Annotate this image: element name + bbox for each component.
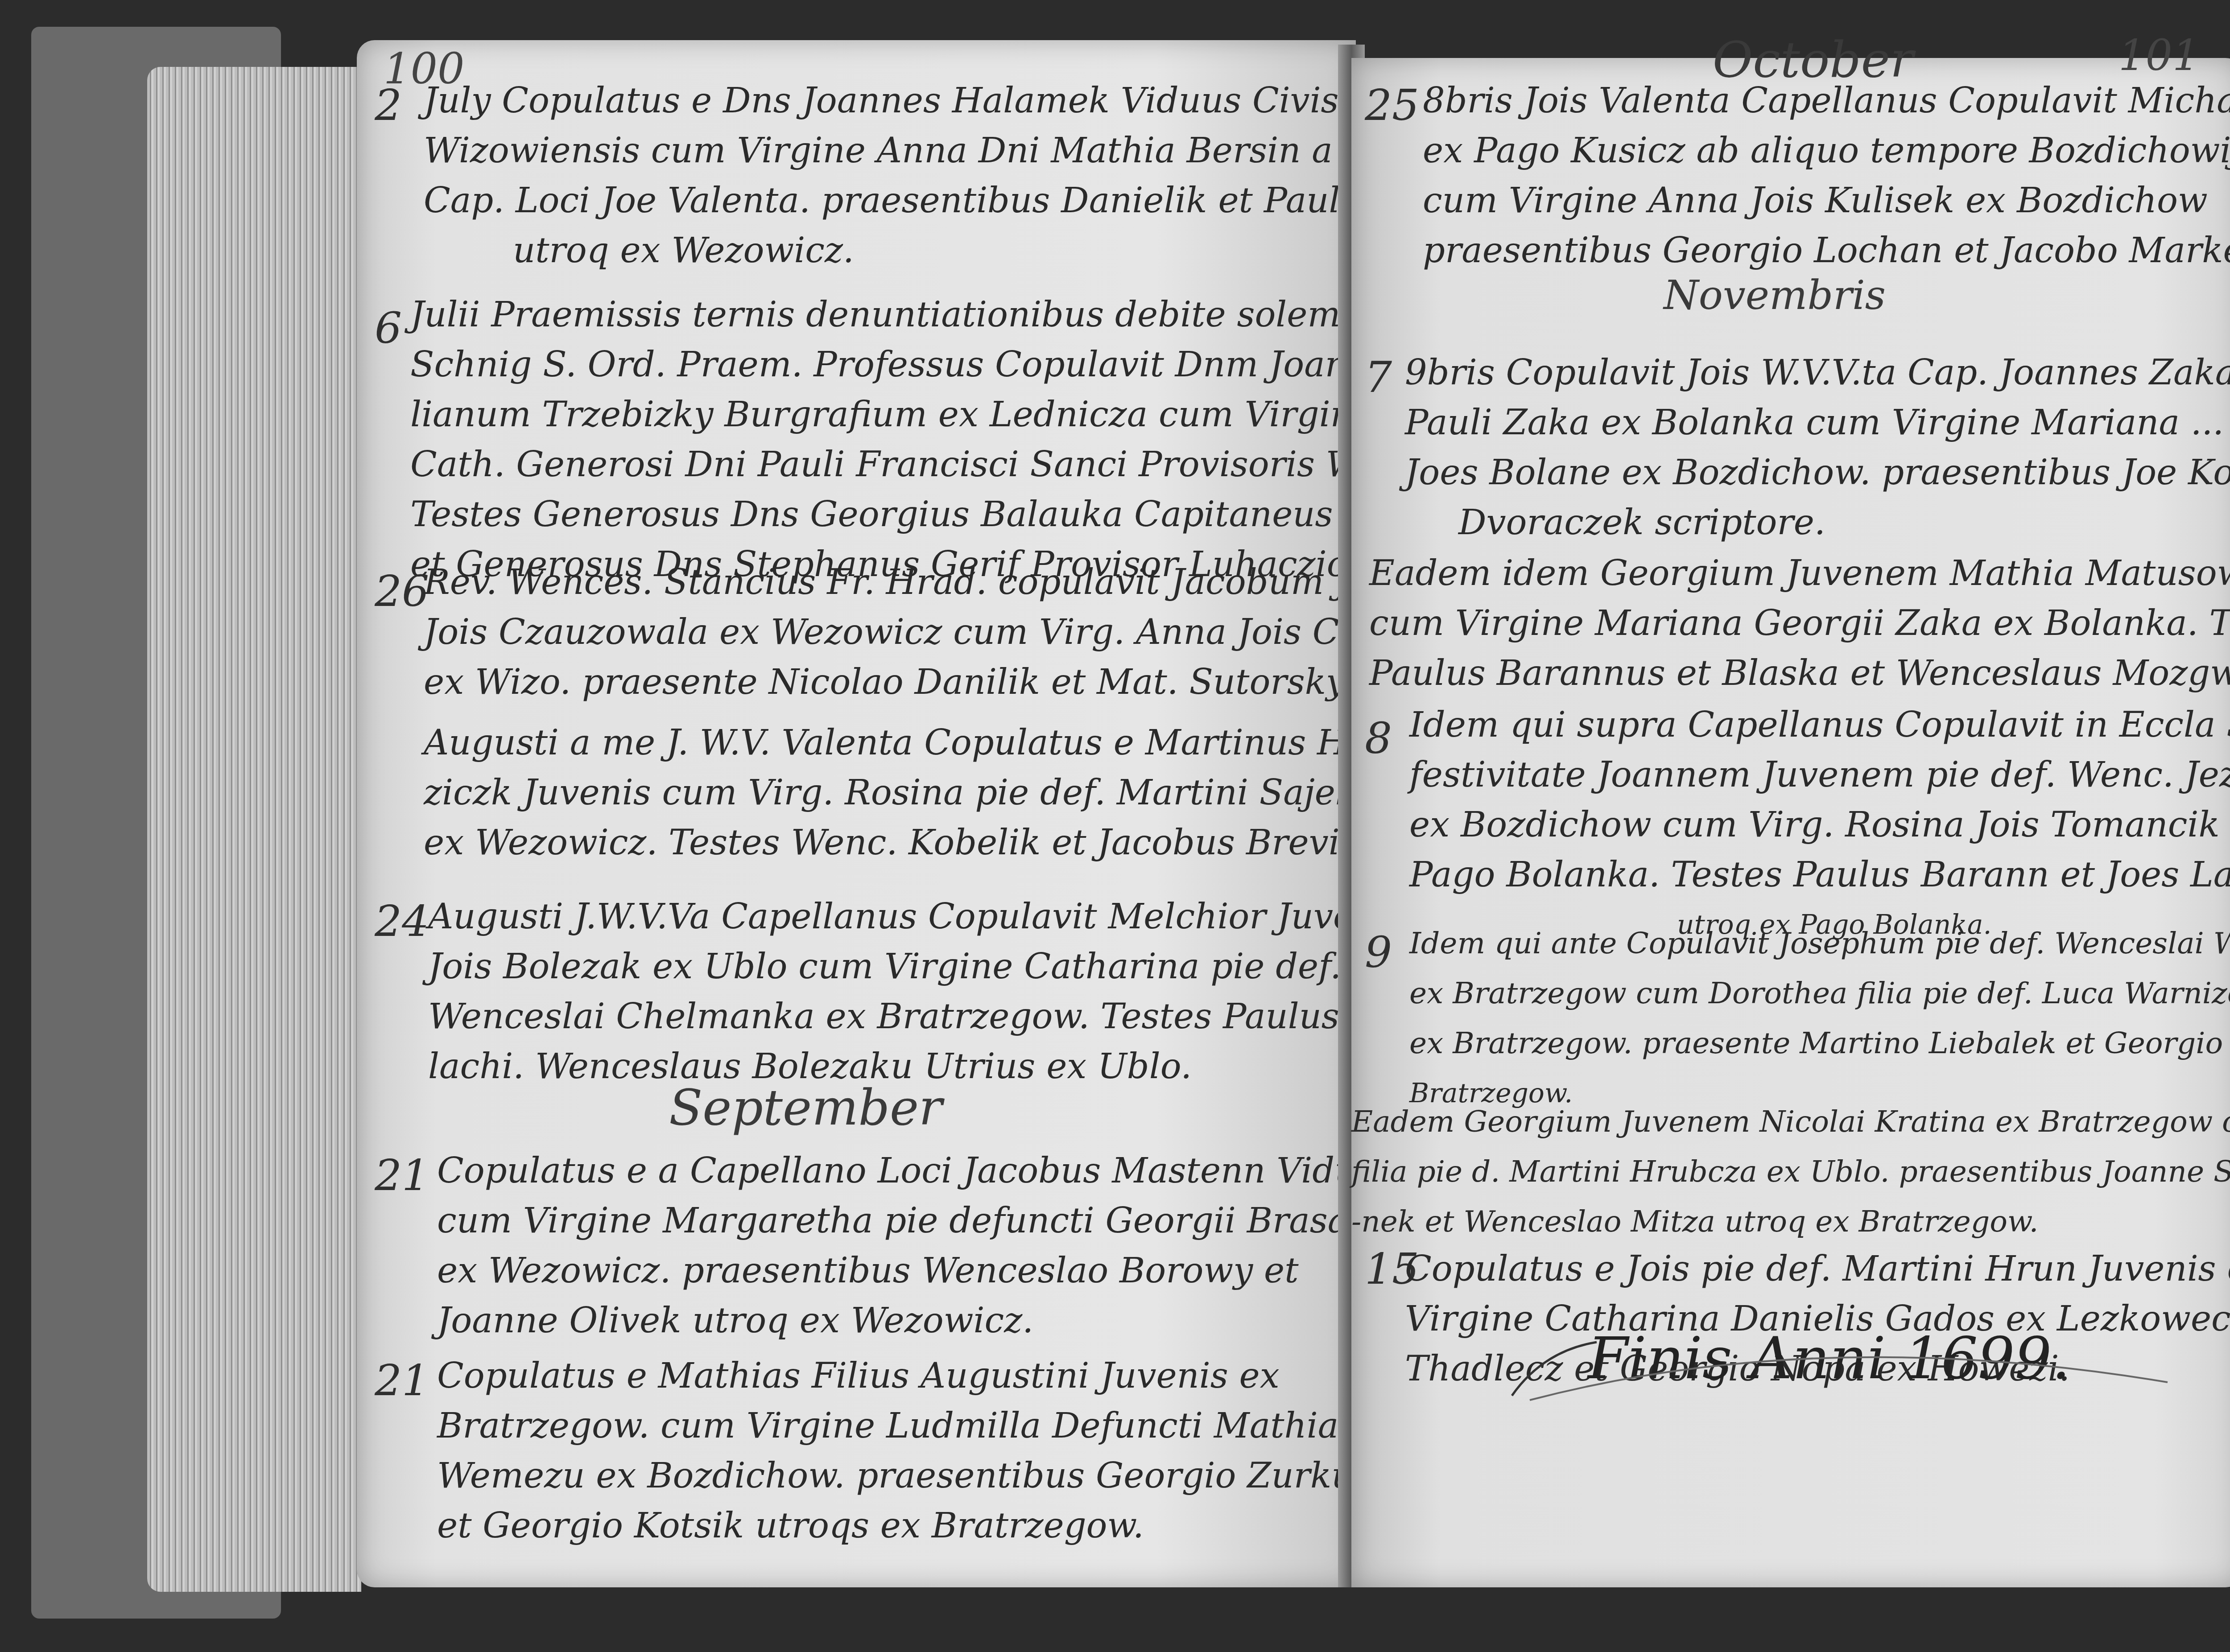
entry-line: Wizowiensis cum Virgine Anna Dni Mathia … [424, 126, 1491, 176]
entry-date: 6 [375, 303, 402, 353]
entry-line: Joes Bolane ex Bozdichow. praesentibus J… [1405, 448, 2230, 498]
month-heading-november: Novembris [1664, 272, 1886, 319]
entry-line: Rev. Wences. Stancius Fr. Hrad. copulavi… [424, 557, 1491, 607]
left-page: 100 2 July Copulatus e Dns Joannes Halam… [357, 40, 1356, 1587]
entry-date: 9 [1365, 927, 1392, 977]
entry-date: 21 [375, 1355, 429, 1405]
entry-date: 26 [375, 566, 429, 616]
entry-line: Joanne Olivek utroq ex Wezowicz. [437, 1296, 1397, 1346]
entry-line: 8bris Jois Valenta Capellanus Copulavit … [1423, 76, 2230, 126]
entry-line: ex Bozdichow cum Virg. Rosina Jois Toman… [1409, 800, 2230, 850]
entry-line: 9bris Copulavit Jois W.V.V.ta Cap. Joann… [1405, 348, 2230, 398]
entry-line: ex Wizo. praesente Nicolao Danilik et Ma… [424, 657, 1491, 707]
page-edges [147, 67, 361, 1592]
entry-line: filia pie d. Martini Hrubcza ex Ublo. pr… [1351, 1147, 2230, 1197]
entry-line: Idem qui ante Copulavit Josephum pie def… [1409, 919, 2230, 968]
entry-line: Jois Czauzowala ex Wezowicz cum Virg. An… [424, 607, 1491, 657]
entry-line: Eadem Georgium Juvenem Nicolai Kratina e… [1351, 1097, 2230, 1147]
entry-line: et Georgio Kotsik utroqs ex Bratrzegow. [437, 1501, 1356, 1551]
entry-line: Wemezu ex Bozdichow. praesentibus Georgi… [437, 1451, 1356, 1501]
entry-line: Idem qui supra Capellanus Copulavit in E… [1409, 700, 2230, 750]
page-number-right: 101 [2118, 31, 2199, 80]
entry-line: cum Virgine Margaretha pie defuncti Geor… [437, 1196, 1397, 1246]
entry-date: 24 [375, 896, 429, 946]
entry-line: -nek et Wenceslao Mitza utroq ex Bratrze… [1351, 1197, 2230, 1247]
entry-line: Pauli Zaka ex Bolanka cum Virgine Marian… [1405, 398, 2230, 448]
entry-line: ex Pago Kusicz ab aliquo tempore Bozdich… [1423, 126, 2230, 176]
month-heading-september: September [669, 1079, 942, 1136]
entry-line: Eadem idem Georgium Juvenem Mathia Matus… [1369, 548, 2230, 598]
entry-line: ex Bratrzegow cum Dorothea filia pie def… [1409, 968, 2230, 1018]
entry-date: 8 [1365, 713, 1392, 763]
entry-line: ex Bratrzegow. praesente Martino Liebale… [1409, 1018, 2230, 1068]
entry-line: Copulatus e a Capellano Loci Jacobus Mas… [437, 1146, 1397, 1196]
entry-line: Paulus Barannus et Blaska et Wenceslaus … [1369, 648, 2230, 698]
entry-line: Augusti J.W.V.Va Capellanus Copulavit Me… [428, 892, 1408, 942]
entry-line: Pago Bolanka. Testes Paulus Barann et Jo… [1409, 850, 2230, 900]
entry-date: 21 [375, 1150, 429, 1200]
entry-line: Dvoraczek scriptore. [1458, 498, 2230, 548]
entry-line: Wenceslai Chelmanka ex Bratrzegow. Teste… [428, 992, 1408, 1042]
right-page: October 101 25 8bris Jois Valenta Capell… [1351, 58, 2230, 1587]
entry-line: Jois Bolezak ex Ublo cum Virgine Cathari… [428, 942, 1408, 992]
entry-line: cum Virgine Anna Jois Kulisek ex Bozdich… [1423, 176, 2230, 226]
entry-line: Bratrzegow. cum Virgine Ludmilla Defunct… [437, 1401, 1356, 1451]
entry-line: praesentibus Georgio Lochan et Jacobo Ma… [1423, 226, 2230, 276]
entry-date: 7 [1365, 352, 1392, 402]
closing-flourish [1507, 1315, 2176, 1405]
entry-line: ex Wezowicz. praesentibus Wenceslao Boro… [437, 1246, 1397, 1296]
entry-line: July Copulatus e Dns Joannes Halamek Vid… [424, 76, 1491, 126]
entry-line: Copulatus e Jois pie def. Martini Hrun J… [1405, 1244, 2230, 1294]
entry-line: Copulatus e Mathias Filius Augustini Juv… [437, 1351, 1356, 1401]
entry-line: cum Virgine Mariana Georgii Zaka ex Bola… [1369, 598, 2230, 648]
entry-line: Cap. Loci Joe Valenta. praesentibus Dani… [424, 176, 1491, 226]
entry-date: 2 [375, 80, 402, 130]
entry-line: festivitate Joannem Juvenem pie def. Wen… [1409, 750, 2230, 800]
entry-date: 25 [1365, 80, 1419, 130]
